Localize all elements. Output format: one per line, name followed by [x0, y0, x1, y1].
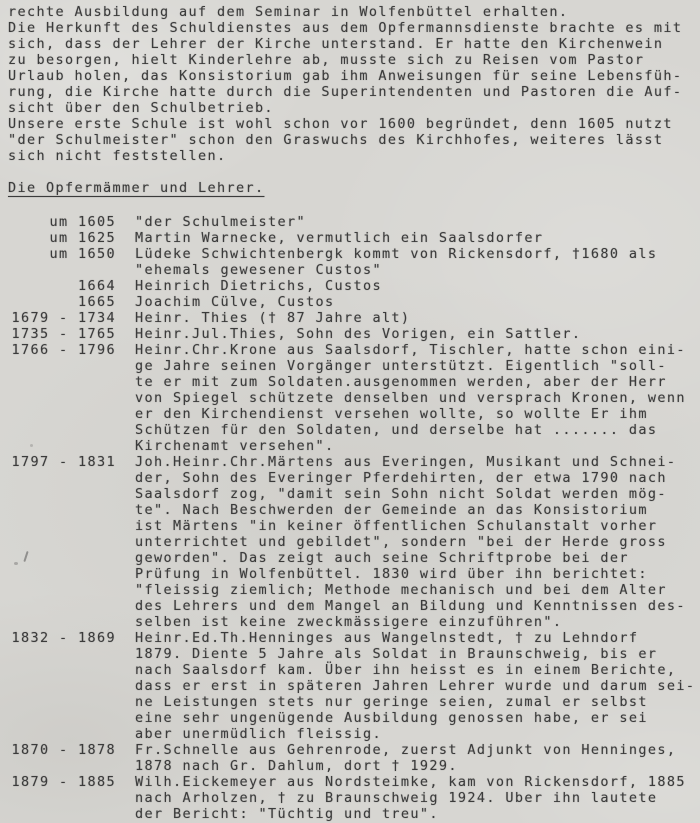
- teacher-entry: um 1625 Martin Warnecke, vermutlich ein …: [8, 230, 700, 246]
- entry-date: 1735 - 1765: [8, 326, 116, 342]
- entry-date: um 1650: [8, 246, 116, 278]
- entry-text: Heinr. Thies († 87 Jahre alt): [135, 310, 410, 326]
- entry-text: Fr.Schnelle aus Gehrenrode, zuerst Adjun…: [135, 742, 676, 774]
- entry-date: um 1625: [8, 230, 116, 246]
- teacher-entry: 1879 - 1885 Wilh.Eickemeyer aus Nordstei…: [8, 774, 700, 822]
- entry-date: 1665: [8, 294, 116, 310]
- teacher-entry: 1832 - 1869 Heinr.Ed.Th.Henninges aus Wa…: [8, 630, 700, 742]
- entry-text: Joachim Cülve, Custos: [135, 294, 334, 310]
- entry-text: Martin Warnecke, vermutlich ein Saalsdor…: [135, 230, 543, 246]
- entry-date: 1832 - 1869: [8, 630, 116, 742]
- entry-date: 1870 - 1878: [8, 742, 116, 774]
- entry-text: Wilh.Eickemeyer aus Nordsteimke, kam von…: [135, 774, 686, 822]
- teacher-entry: 1735 - 1765 Heinr.Jul.Thies, Sohn des Vo…: [8, 326, 700, 342]
- entry-date: 1797 - 1831: [8, 454, 116, 630]
- teacher-entry: 1665 Joachim Cülve, Custos: [8, 294, 700, 310]
- entry-date: 1766 - 1796: [8, 342, 116, 454]
- intro-paragraph: rechte Ausbildung auf dem Seminar in Wol…: [8, 4, 700, 164]
- entry-text: Heinr.Chr.Krone aus Saalsdorf, Tischler,…: [135, 342, 686, 454]
- teacher-entry: 1870 - 1878 Fr.Schnelle aus Gehrenrode, …: [8, 742, 700, 774]
- entry-text: Heinr.Ed.Th.Henninges aus Wangelnstedt, …: [135, 630, 695, 742]
- teacher-list: um 1605 "der Schulmeister" um 1625 Marti…: [8, 214, 700, 822]
- teacher-entry: um 1605 "der Schulmeister": [8, 214, 700, 230]
- teacher-entry: 1766 - 1796 Heinr.Chr.Krone aus Saalsdor…: [8, 342, 700, 454]
- entry-date: um 1605: [8, 214, 116, 230]
- teacher-entry: 1664 Heinrich Dietrichs, Custos: [8, 278, 700, 294]
- teacher-entry: 1797 - 1831 Joh.Heinr.Chr.Märtens aus Ev…: [8, 454, 700, 630]
- entry-date: 1879 - 1885: [8, 774, 116, 822]
- entry-text: Joh.Heinr.Chr.Märtens aus Everingen, Mus…: [135, 454, 686, 630]
- section-heading-text: Die Opfermämmer und Lehrer.: [8, 180, 264, 196]
- entry-text: Heinrich Dietrichs, Custos: [135, 278, 382, 294]
- entry-date: 1679 - 1734: [8, 310, 116, 326]
- entry-text: Lüdeke Schwichtenbergk kommt von Rickens…: [135, 246, 657, 278]
- section-heading: Die Opfermämmer und Lehrer.: [8, 180, 700, 196]
- entry-text: "der Schulmeister": [135, 214, 306, 230]
- teacher-entry: um 1650 Lüdeke Schwichtenbergk kommt von…: [8, 246, 700, 278]
- teacher-entry: 1679 - 1734 Heinr. Thies († 87 Jahre alt…: [8, 310, 700, 326]
- entry-text: Heinr.Jul.Thies, Sohn des Vorigen, ein S…: [135, 326, 581, 342]
- entry-date: 1664: [8, 278, 116, 294]
- document-page: rechte Ausbildung auf dem Seminar in Wol…: [0, 0, 700, 823]
